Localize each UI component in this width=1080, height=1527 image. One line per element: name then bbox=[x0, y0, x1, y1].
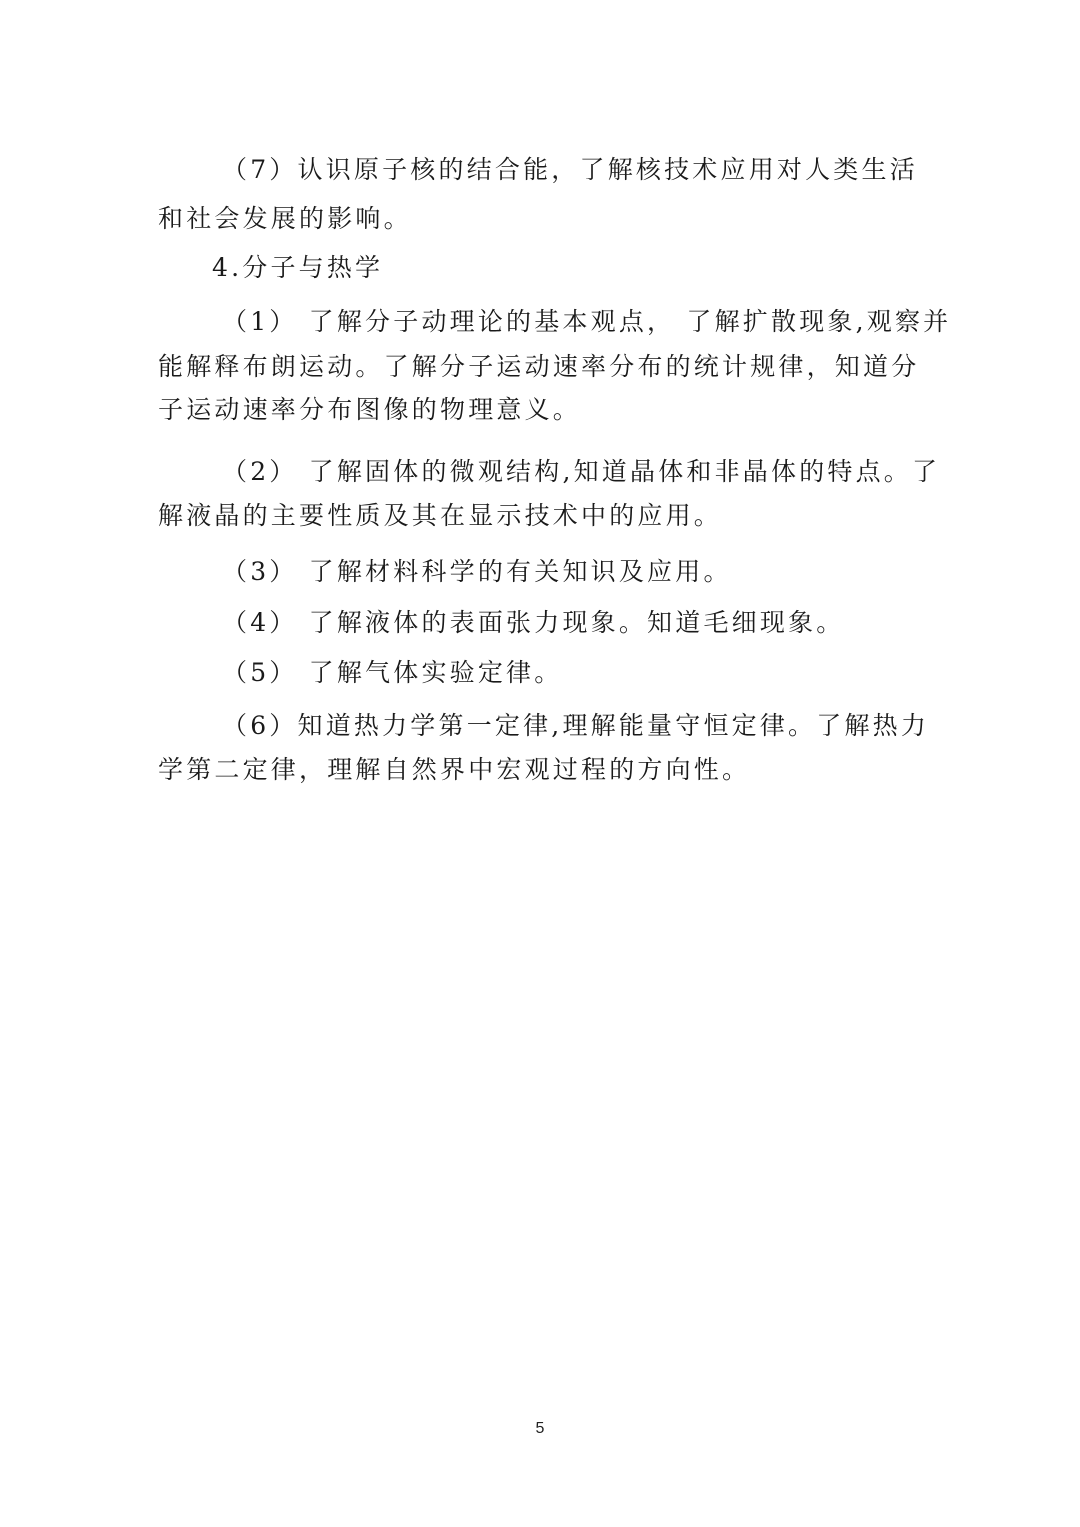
paragraph-line: 能解释布朗运动。了解分子运动速率分布的统计规律，知道分 bbox=[158, 352, 919, 382]
paragraph-line: （1） 了解分子动理论的基本观点， 了解扩散现象,观察并 bbox=[222, 307, 951, 337]
page-number: 5 bbox=[0, 1420, 1080, 1438]
paragraph-line: （2） 了解固体的微观结构,知道晶体和非晶体的特点。了 bbox=[222, 457, 940, 487]
section-heading: 4.分子与热学 bbox=[212, 253, 383, 283]
document-page: （7）认识原子核的结合能，了解核技术应用对人类生活 和社会发展的影响。 4.分子… bbox=[0, 0, 1080, 1527]
paragraph-line: （7）认识原子核的结合能，了解核技术应用对人类生活 bbox=[222, 155, 918, 185]
paragraph-line: 和社会发展的影响。 bbox=[158, 204, 412, 234]
paragraph-line: （3） 了解材料科学的有关知识及应用。 bbox=[222, 557, 732, 587]
paragraph-line: （6）知道热力学第一定律,理解能量守恒定律。了解热力 bbox=[222, 711, 929, 741]
paragraph-line: （4） 了解液体的表面张力现象。知道毛细现象。 bbox=[222, 608, 844, 638]
paragraph-line: 子运动速率分布图像的物理意义。 bbox=[158, 395, 581, 425]
paragraph-line: 解液晶的主要性质及其在显示技术中的应用。 bbox=[158, 501, 722, 531]
paragraph-line: 学第二定律，理解自然界中宏观过程的方向性。 bbox=[158, 755, 750, 785]
paragraph-line: （5） 了解气体实验定律。 bbox=[222, 658, 562, 688]
